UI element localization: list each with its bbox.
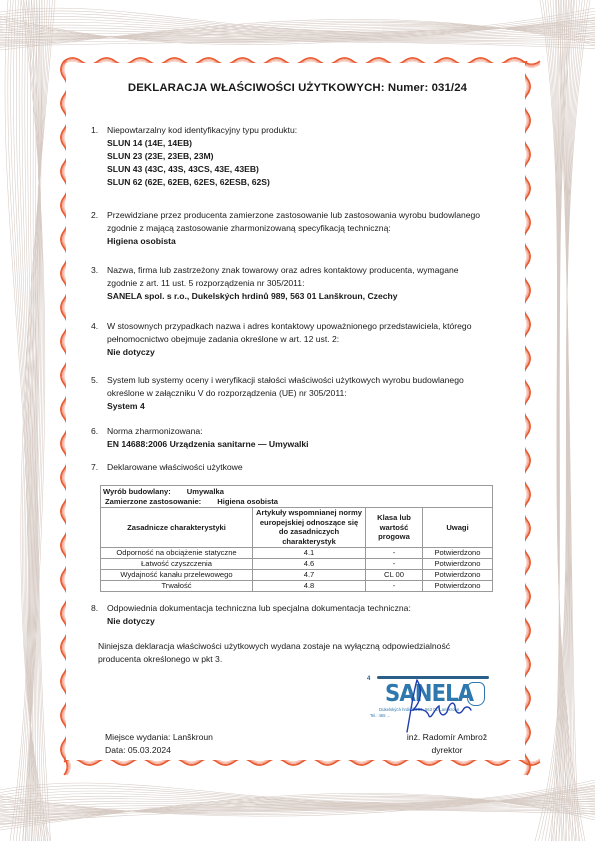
section-7: 7. Deklarowane właściwości użytkowe [91, 461, 521, 474]
signatory-title: dyrektor [392, 744, 502, 757]
product-code: SLUN 14 (14E, 14EB) [107, 137, 521, 150]
section-text: Deklarowane właściwości użytkowe [107, 461, 521, 474]
product-code: SLUN 43 (43C, 43S, 43CS, 43E, 43EB) [107, 163, 521, 176]
issue-date: Data: 05.03.2024 [105, 744, 213, 757]
table-cell: 4.6 [253, 558, 366, 569]
section-5: 5. System lub systemy oceny i weryfikacj… [91, 374, 521, 413]
table-row: Łatwość czyszczenia 4.6 - Potwierdzono [101, 558, 493, 569]
table-row: Wydajność kanału przelewowego 4.7 CL 00 … [101, 569, 493, 580]
section-value: Nie dotyczy [107, 615, 521, 628]
section-8: 8. Odpowiednia dokumentacja techniczna l… [91, 602, 521, 628]
section-text: pełnomocnictwo obejmuje zadania określon… [107, 333, 521, 346]
stamp-number: 4 [367, 676, 370, 682]
table-cell: - [366, 580, 423, 591]
declaration-line: producenta określonego w pkt 3. [98, 653, 518, 666]
section-text: zgodnie z art. 11 ust. 5 rozporządzenia … [107, 277, 521, 290]
section-text: zgodnie z mającą zastosowanie zharmonizo… [107, 222, 521, 235]
product-code: SLUN 23 (23E, 23EB, 23M) [107, 150, 521, 163]
table-row: Trwałość 4.8 - Potwierdzono [101, 580, 493, 591]
section-number: 6. [91, 425, 106, 438]
section-text: określone w załączniku V do rozporządzen… [107, 387, 521, 400]
declaration-statement: Niniejsza deklaracja właściwości użytkow… [98, 640, 518, 666]
section-value: SANELA spol. s r.o., Dukelských hrdinů 9… [107, 290, 521, 303]
section-1: 1. Niepowtarzalny kod identyfikacyjny ty… [91, 124, 521, 189]
section-2: 2. Przewidziane przez producenta zamierz… [91, 209, 521, 248]
table-cell: Łatwość czyszczenia [101, 558, 253, 569]
section-text: Norma zharmonizowana: [107, 425, 521, 438]
section-value: Nie dotyczy [107, 346, 521, 359]
column-header: Klasa lub wartość progowa [366, 508, 423, 547]
page-title: DEKLARACJA WŁAŚCIWOŚCI UŻYTKOWYCH: Numer… [0, 82, 595, 94]
table-cell: 4.1 [253, 547, 366, 558]
table-cell: - [366, 547, 423, 558]
table-cell: Wydajność kanału przelewowego [101, 569, 253, 580]
section-text: Przewidziane przez producenta zamierzone… [107, 209, 521, 222]
product-value: Umywalka [187, 487, 224, 496]
issue-info: Miejsce wydania: Lanškroun Data: 05.03.2… [105, 731, 213, 757]
handwritten-signature [383, 676, 503, 736]
section-number: 2. [91, 209, 106, 222]
signatory: inż. Radomír Ambrož dyrektor [392, 731, 502, 757]
section-text: W stosownych przypadkach nazwa i adres k… [107, 320, 521, 333]
section-text: System lub systemy oceny i weryfikacji s… [107, 374, 521, 387]
table-cell: Odporność na obciążenie statyczne [101, 547, 253, 558]
section-number: 1. [91, 124, 106, 137]
table-cell: Potwierdzono [423, 569, 493, 580]
table-cell: 4.8 [253, 580, 366, 591]
table-cell: - [366, 558, 423, 569]
table-row: Odporność na obciążenie statyczne 4.1 - … [101, 547, 493, 558]
table-cell: CL 00 [366, 569, 423, 580]
section-number: 7. [91, 461, 106, 474]
section-text: Odpowiednia dokumentacja techniczna lub … [107, 602, 521, 615]
use-label: Zamierzone zastosowanie: [105, 497, 201, 506]
declared-properties-table: Wyrób budowlany:Umywalka Zamierzone zast… [100, 485, 493, 592]
section-text: Nazwa, firma lub zastrzeżony znak towaro… [107, 264, 521, 277]
place-of-issue: Miejsce wydania: Lanškroun [105, 731, 213, 744]
column-header: Artykuły wspomnianej normy europejskiej … [253, 508, 366, 547]
table-header-row: Zasadnicze charakterystyki Artykuły wspo… [101, 508, 493, 547]
section-3: 3. Nazwa, firma lub zastrzeżony znak tow… [91, 264, 521, 303]
declaration-line: Niniejsza deklaracja właściwości użytkow… [98, 640, 518, 653]
section-value: Higiena osobista [107, 235, 521, 248]
table-cell: 4.7 [253, 569, 366, 580]
product-code: SLUN 62 (62E, 62EB, 62ES, 62ESB, 62S) [107, 176, 521, 189]
signatory-name: inż. Radomír Ambrož [392, 731, 502, 744]
table-cell: Potwierdzono [423, 547, 493, 558]
product-label: Wyrób budowlany: [103, 487, 171, 496]
section-4: 4. W stosownych przypadkach nazwa i adre… [91, 320, 521, 359]
table-cell: Potwierdzono [423, 558, 493, 569]
section-6: 6. Norma zharmonizowana: EN 14688:2006 U… [91, 425, 521, 451]
table-meta: Wyrób budowlany:Umywalka Zamierzone zast… [101, 486, 493, 508]
section-number: 5. [91, 374, 106, 387]
use-value: Higiena osobista [217, 497, 278, 506]
table-cell: Trwałość [101, 580, 253, 591]
section-number: 3. [91, 264, 106, 277]
section-number: 8. [91, 602, 106, 615]
section-text: Niepowtarzalny kod identyfikacyjny typu … [107, 124, 521, 137]
section-value: EN 14688:2006 Urządzenia sanitarne — Umy… [107, 438, 521, 451]
column-header: Uwagi [423, 508, 493, 547]
section-value: System 4 [107, 400, 521, 413]
column-header: Zasadnicze charakterystyki [101, 508, 253, 547]
section-number: 4. [91, 320, 106, 333]
table-cell: Potwierdzono [423, 580, 493, 591]
